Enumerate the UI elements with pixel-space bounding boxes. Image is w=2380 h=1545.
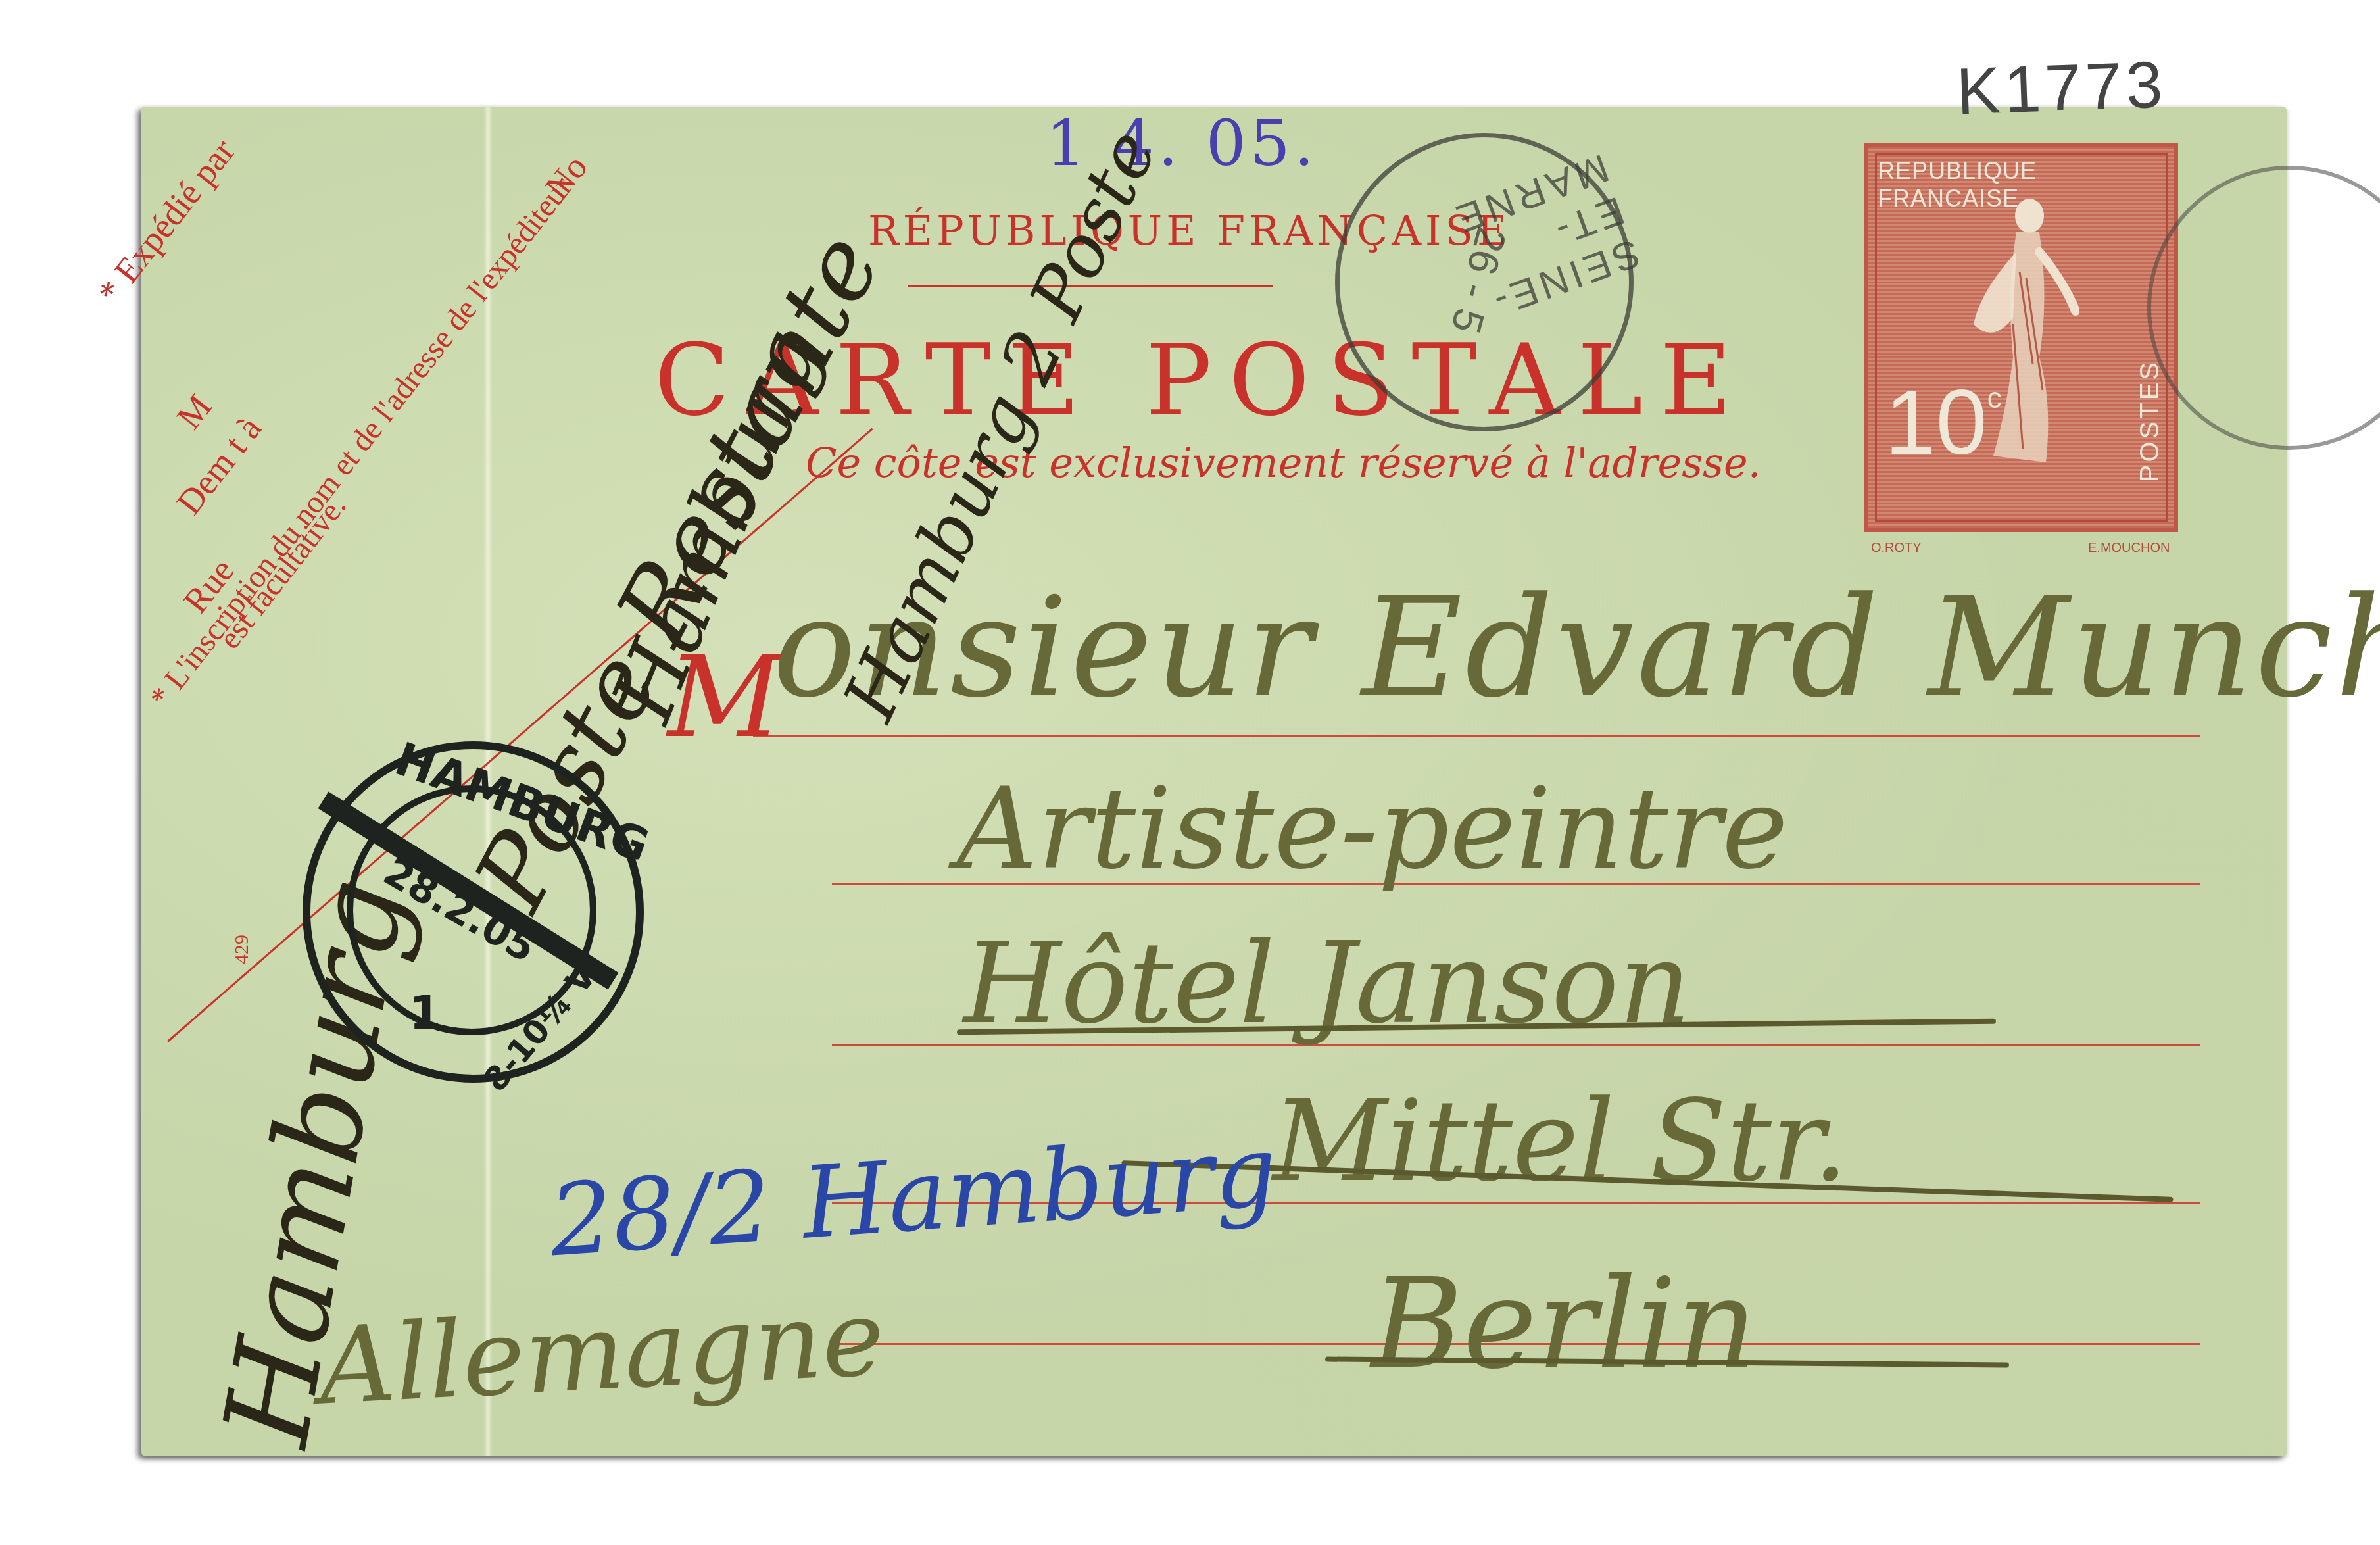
stamp-engraver-left: O.ROTY — [1871, 541, 1922, 556]
french-postmark: SEINE-ET-MARNE 26 - 5 — [1335, 133, 1634, 431]
postcard: 1 4. 05. K1773 RÉPUBLIQUE FRANÇAISE CART… — [141, 107, 2287, 1456]
stamp-postes-label: POSTES — [2135, 360, 2165, 482]
destination-country: Allemagne — [316, 1276, 887, 1429]
hamburg-postmark-office: 1 — [409, 986, 441, 1040]
residence-label: Dem t à — [168, 408, 270, 522]
address-line-5: Berlin — [1371, 1251, 1757, 1396]
stamp-engraver-right: E.MOUCHON — [2088, 541, 2170, 556]
sender-footnote-1: * L'inscription du nom et de l'adresse d… — [143, 170, 580, 715]
hamburg-postmark: HAMBURG 28.2.05 1 8-10¼ V. — [303, 741, 644, 1083]
forwarding-note-blue: 28/2 Hamburg — [546, 1114, 1280, 1279]
stamp-value: 10c — [1885, 369, 2002, 476]
address-rule-1 — [753, 735, 2200, 737]
postage-stamp: REPUBLIQUE FRANCAISE 10c POSTES — [1864, 143, 2178, 532]
postmark-region: SEINE-ET-MARNE — [1401, 145, 1646, 345]
form-number: 429 — [231, 935, 253, 964]
address-line-2: Artiste-peintre — [957, 764, 1788, 895]
french-postmark-partial — [2147, 166, 2380, 450]
sent-by-label: * Expédié par — [89, 132, 243, 312]
address-line-1: onsieur Edvard Munch — [773, 567, 2380, 728]
m-label: M — [168, 387, 220, 437]
archive-number: K1773 — [1955, 47, 2168, 130]
